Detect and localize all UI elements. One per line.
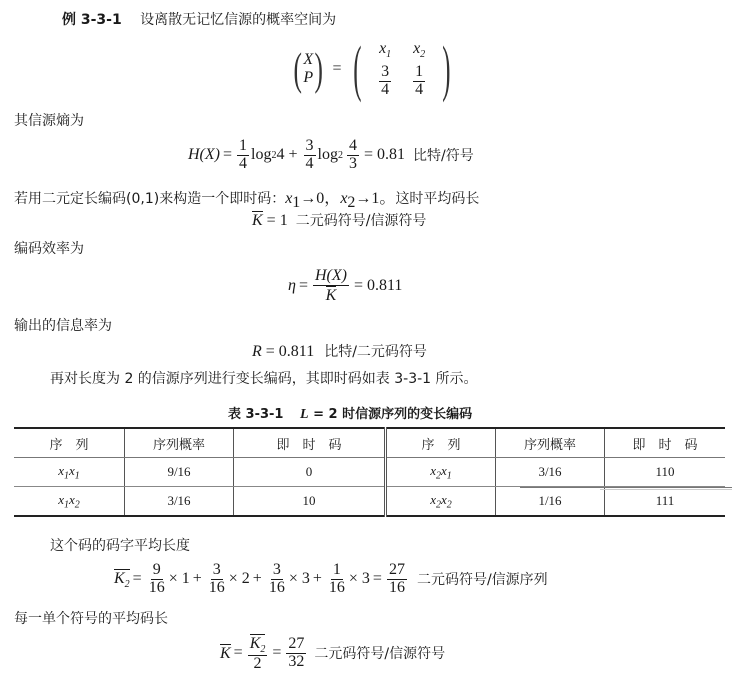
fixed-code-text: 若用二元定长编码(0,1)来构造一个即时码：x1→0，x2→1。这时平均码长 bbox=[14, 185, 479, 212]
right-brace: ) bbox=[442, 38, 450, 100]
info-rate-formula: RR = 0.811 = 0.811 比特/二元码符号 bbox=[252, 341, 427, 361]
entropy-result: = 0.81 bbox=[364, 146, 405, 164]
avg-length-fixed-formula: K = 1 二元码符号/信源符号 bbox=[252, 210, 426, 230]
table-row: x1x2 3/16 10 x2x2 1/16 111 bbox=[14, 487, 725, 517]
entropy-intro: 其信源熵为 bbox=[14, 110, 84, 130]
efficiency-formula: η = H(X)K = 0.811 bbox=[288, 268, 402, 305]
per-symbol-formula: K = K22 = 2732 二元码符号/信源符号 bbox=[220, 634, 445, 673]
cell-code: 0 bbox=[234, 458, 386, 487]
cell-probability: 3/16 bbox=[125, 487, 234, 517]
header-sequence: 序 列 bbox=[14, 428, 125, 458]
header-sequence: 序 列 bbox=[386, 428, 496, 458]
header-probability: 序列概率 bbox=[125, 428, 234, 458]
header-probability: 序列概率 bbox=[496, 428, 605, 458]
header-code: 即 时 码 bbox=[605, 428, 726, 458]
info-rate-intro: 输出的信息率为 bbox=[14, 315, 112, 335]
table-header-row: 序 列 序列概率 即 时 码 序 列 序列概率 即 时 码 bbox=[14, 428, 725, 458]
table-caption: 表 3-3-1 L = 2 时信源序列的变长编码 bbox=[228, 403, 472, 423]
scan-artifact-line bbox=[520, 487, 732, 488]
cell-sequence: x1x2 bbox=[14, 487, 125, 517]
cell-code: 111 bbox=[605, 487, 726, 517]
avg-length-intro: 这个码的码字平均长度 bbox=[50, 535, 190, 555]
cell-probability: 3/16 bbox=[496, 458, 605, 487]
per-symbol-intro: 每一单个符号的平均码长 bbox=[14, 608, 168, 628]
cell-sequence: x1x1 bbox=[14, 458, 125, 487]
header-code: 即 时 码 bbox=[234, 428, 386, 458]
equals-sign: = bbox=[332, 60, 341, 78]
matrix-lhs-x: X bbox=[303, 51, 313, 69]
cell-sequence: x2x2 bbox=[386, 487, 496, 517]
entropy-lhs: H(X) bbox=[188, 146, 220, 164]
cell-probability: 9/16 bbox=[125, 458, 234, 487]
example-intro: 设离散无记忆信源的概率空间为 bbox=[140, 12, 336, 28]
left-brace: ( bbox=[354, 38, 362, 100]
scan-artifact-line bbox=[600, 489, 732, 490]
efficiency-intro: 编码效率为 bbox=[14, 238, 84, 258]
variable-length-code-table: 序 列 序列概率 即 时 码 序 列 序列概率 即 时 码 x1x1 9/16 … bbox=[14, 427, 725, 517]
example-label: 例 3-3-1 bbox=[62, 12, 122, 28]
example-heading: 例 3-3-1 设离散无记忆信源的概率空间为 bbox=[62, 9, 336, 29]
variable-code-intro: 再对长度为 2 的信源序列进行变长编码，其即时码如表 3-3-1 所示。 bbox=[50, 368, 478, 388]
matrix-lhs-p: P bbox=[303, 69, 313, 87]
cell-code: 110 bbox=[605, 458, 726, 487]
table-row: x1x1 9/16 0 x2x1 3/16 110 bbox=[14, 458, 725, 487]
cell-code: 10 bbox=[234, 487, 386, 517]
cell-sequence: x2x1 bbox=[386, 458, 496, 487]
left-paren: ( bbox=[293, 46, 301, 92]
probability-space-formula: ( X P ) = ( x1 x2 34 14 ) bbox=[290, 34, 457, 104]
entropy-formula: H(X) = 14 log24 + 34 log2 43 = 0.81 比特/符… bbox=[188, 138, 474, 173]
entropy-unit: 比特/符号 bbox=[413, 145, 474, 165]
cell-probability: 1/16 bbox=[496, 487, 605, 517]
avg-length-formula: K2 = 916× 1 + 316× 2 + 316× 3 + 116× 3 =… bbox=[114, 562, 548, 597]
matrix-body: x1 x2 34 14 bbox=[368, 40, 436, 99]
right-paren: ) bbox=[315, 46, 323, 92]
